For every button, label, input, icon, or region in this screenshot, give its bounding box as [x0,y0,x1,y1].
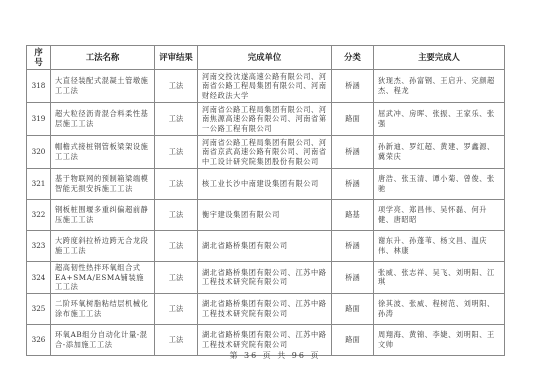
cell-units: 湖北省路桥集团有限公司、江苏中路工程技术研究院有限公司 [198,262,332,294]
cell-category: 桥涵 [332,169,374,200]
cell-units: 湖北省路桥集团有限公司、江苏中路工程技术研究院有限公司 [198,293,332,324]
table-row: 325 二阶环氧树脂粘结层机械化涂布施工工法 工法 湖北省路桥集团有限公司、江苏… [27,293,505,324]
table-row: 323 大跨度斜拉桥边跨无合龙段施工工法 工法 湖北省路桥集团有限公司 桥涵 谢… [27,231,505,262]
cell-category: 桥涵 [332,231,374,262]
cell-people: 谢东升、孙蓬苇、杨文昌、温庆伟、林康 [374,231,505,262]
cell-people: 屈武冲、房晖、张振、王家乐、张强 [374,103,505,136]
cell-name: 大跨度斜拉桥边跨无合龙段施工工法 [51,231,155,262]
cell-result: 工法 [155,70,198,103]
header-units: 完成单位 [198,46,332,70]
cell-name: 大直径装配式混凝土管墩施工工法 [51,70,155,103]
cell-seq: 318 [27,70,51,103]
cell-units: 核工业长沙中南建设集团有限公司 [198,169,332,200]
cell-seq: 321 [27,169,51,200]
cell-result: 工法 [155,169,198,200]
cell-units: 湖北省路桥集团有限公司 [198,231,332,262]
cell-category: 路基 [332,200,374,231]
table-row: 320 帽檐式接桩钢管板梁架设施工工法 工法 河南省公路工程局集团有限公司、河南… [27,136,505,169]
header-seq: 序号 [27,46,51,70]
cell-name: 超高韧性热拌环氧组合式EA+SMA/ESMA铺装施工工法 [51,262,155,294]
cell-units: 河南交投沈遂高速公路有限公司、河南省公路工程局集团有限公司、河南财经政法大学 [198,70,332,103]
cell-people: 张威、张志祥、吴飞、刘明阳、江琪 [374,262,505,294]
cell-seq: 322 [27,200,51,231]
table-row: 319 超大粒径沥青混合料柔性基层施工工法 工法 河南省公路工程局集团有限公司、… [27,103,505,136]
cell-category: 桥涵 [332,136,374,169]
cell-name: 基于物联网的预制箱梁端模智能无损安拆施工工法 [51,169,155,200]
cell-name: 帽檐式接桩钢管板梁架设施工工法 [51,136,155,169]
header-category: 分类 [332,46,374,70]
table-row: 321 基于物联网的预制箱梁端模智能无损安拆施工工法 工法 核工业长沙中南建设集… [27,169,505,200]
cell-people: 唐浩、张玉清、谭小菊、曾俊、张驰 [374,169,505,200]
cell-category: 路面 [332,293,374,324]
cell-result: 工法 [155,200,198,231]
header-result: 评审结果 [155,46,198,70]
page-footer: 第 36 页 共 96 页 [0,350,550,361]
cell-name: 二阶环氧树脂粘结层机械化涂布施工工法 [51,293,155,324]
cell-category: 路面 [332,103,374,136]
table-header-row: 序号 工法名称 评审结果 完成单位 分类 主要完成人 [27,46,505,70]
cell-people: 项学亮、郑昌伟、吴怀磊、何升健、唐昭昭 [374,200,505,231]
cell-units: 衡宇建设集团有限公司 [198,200,332,231]
cell-seq: 324 [27,262,51,294]
header-people: 主要完成人 [374,46,505,70]
cell-result: 工法 [155,293,198,324]
cell-seq: 319 [27,103,51,136]
cell-result: 工法 [155,136,198,169]
cell-units: 河南省公路工程局集团有限公司、河南焦源高速公路有限公司、河南省第一公路工程有限公… [198,103,332,136]
table-row: 318 大直径装配式混凝土管墩施工工法 工法 河南交投沈遂高速公路有限公司、河南… [27,70,505,103]
award-table: 序号 工法名称 评审结果 完成单位 分类 主要完成人 318 大直径装配式混凝土… [26,45,505,356]
cell-result: 工法 [155,231,198,262]
cell-people: 孙新迪、罗红超、黄建、罗鑫源、冀荣庆 [374,136,505,169]
cell-category: 桥涵 [332,70,374,103]
cell-name: 超大粒径沥青混合料柔性基层施工工法 [51,103,155,136]
cell-seq: 323 [27,231,51,262]
cell-seq: 325 [27,293,51,324]
cell-people: 徐其波、张威、程树范、刘明阳、孙涛 [374,293,505,324]
table-row: 324 超高韧性热拌环氧组合式EA+SMA/ESMA铺装施工工法 工法 湖北省路… [27,262,505,294]
cell-units: 河南省公路工程局集团有限公司、河南省京武高速公路有限公司、河南省中工设计研究院集… [198,136,332,169]
cell-name: 钢板桩围堰多重纠偏超前静压施工工法 [51,200,155,231]
header-name: 工法名称 [51,46,155,70]
table-row: 322 钢板桩围堰多重纠偏超前静压施工工法 工法 衡宇建设集团有限公司 路基 项… [27,200,505,231]
cell-result: 工法 [155,103,198,136]
cell-people: 狄现杰、孙富钢、王启升、完颜超杰、程龙 [374,70,505,103]
cell-seq: 320 [27,136,51,169]
cell-result: 工法 [155,262,198,294]
cell-category: 桥涵 [332,262,374,294]
